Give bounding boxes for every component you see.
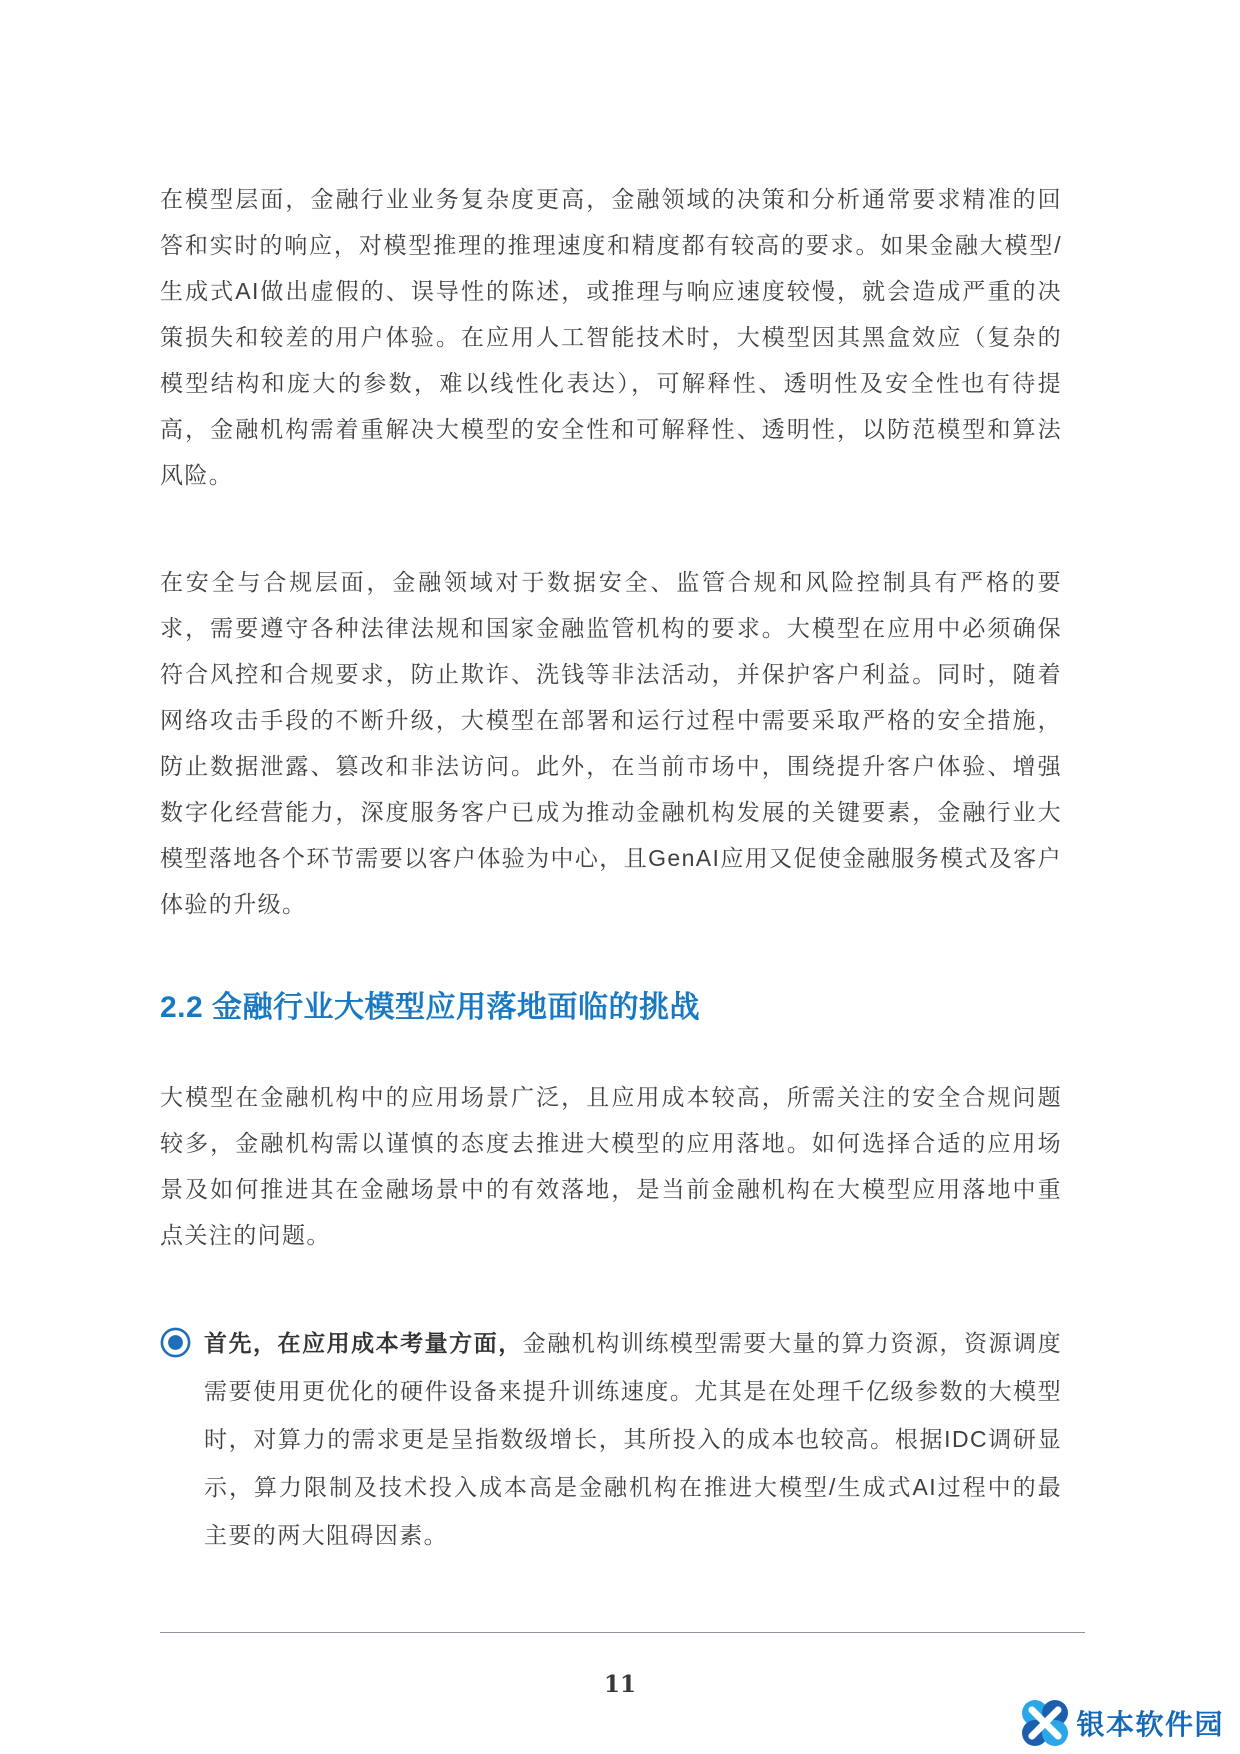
- clover-logo-icon: [1021, 1699, 1069, 1747]
- bullet-lead-text: 首先，在应用成本考量方面，: [204, 1330, 523, 1356]
- paragraph-security-compliance: 在安全与合规层面，金融领域对于数据安全、监管合规和风险控制具有严格的要求，需要遵…: [160, 559, 1062, 927]
- paragraph-challenges-intro: 大模型在金融机构中的应用场景广泛，且应用成本较高，所需关注的安全合规问题较多，金…: [160, 1074, 1062, 1258]
- footer-divider: [160, 1632, 1085, 1633]
- bullet-body-text: 金融机构训练模型需要大量的算力资源，资源调度需要使用更优化的硬件设备来提升训练速…: [204, 1330, 1062, 1548]
- document-page: 在模型层面，金融行业业务复杂度更高，金融领域的决策和分析通常要求精准的回答和实时…: [0, 0, 1240, 1754]
- page-content: 在模型层面，金融行业业务复杂度更高，金融领域的决策和分析通常要求精准的回答和实时…: [160, 176, 1062, 1559]
- site-logo[interactable]: 银本软件园: [1021, 1699, 1224, 1747]
- page-number: 11: [0, 1671, 1240, 1698]
- bullet-item-cost: 首先，在应用成本考量方面，金融机构训练模型需要大量的算力资源，资源调度需要使用更…: [160, 1319, 1062, 1559]
- section-heading-2-2: 2.2 金融行业大模型应用落地面临的挑战: [160, 988, 1062, 1028]
- paragraph-model-level: 在模型层面，金融行业业务复杂度更高，金融领域的决策和分析通常要求精准的回答和实时…: [160, 176, 1062, 498]
- bullet-paragraph: 首先，在应用成本考量方面，金融机构训练模型需要大量的算力资源，资源调度需要使用更…: [204, 1319, 1062, 1559]
- site-logo-text: 银本软件园: [1076, 1703, 1224, 1743]
- radio-bullet-icon: [160, 1327, 191, 1358]
